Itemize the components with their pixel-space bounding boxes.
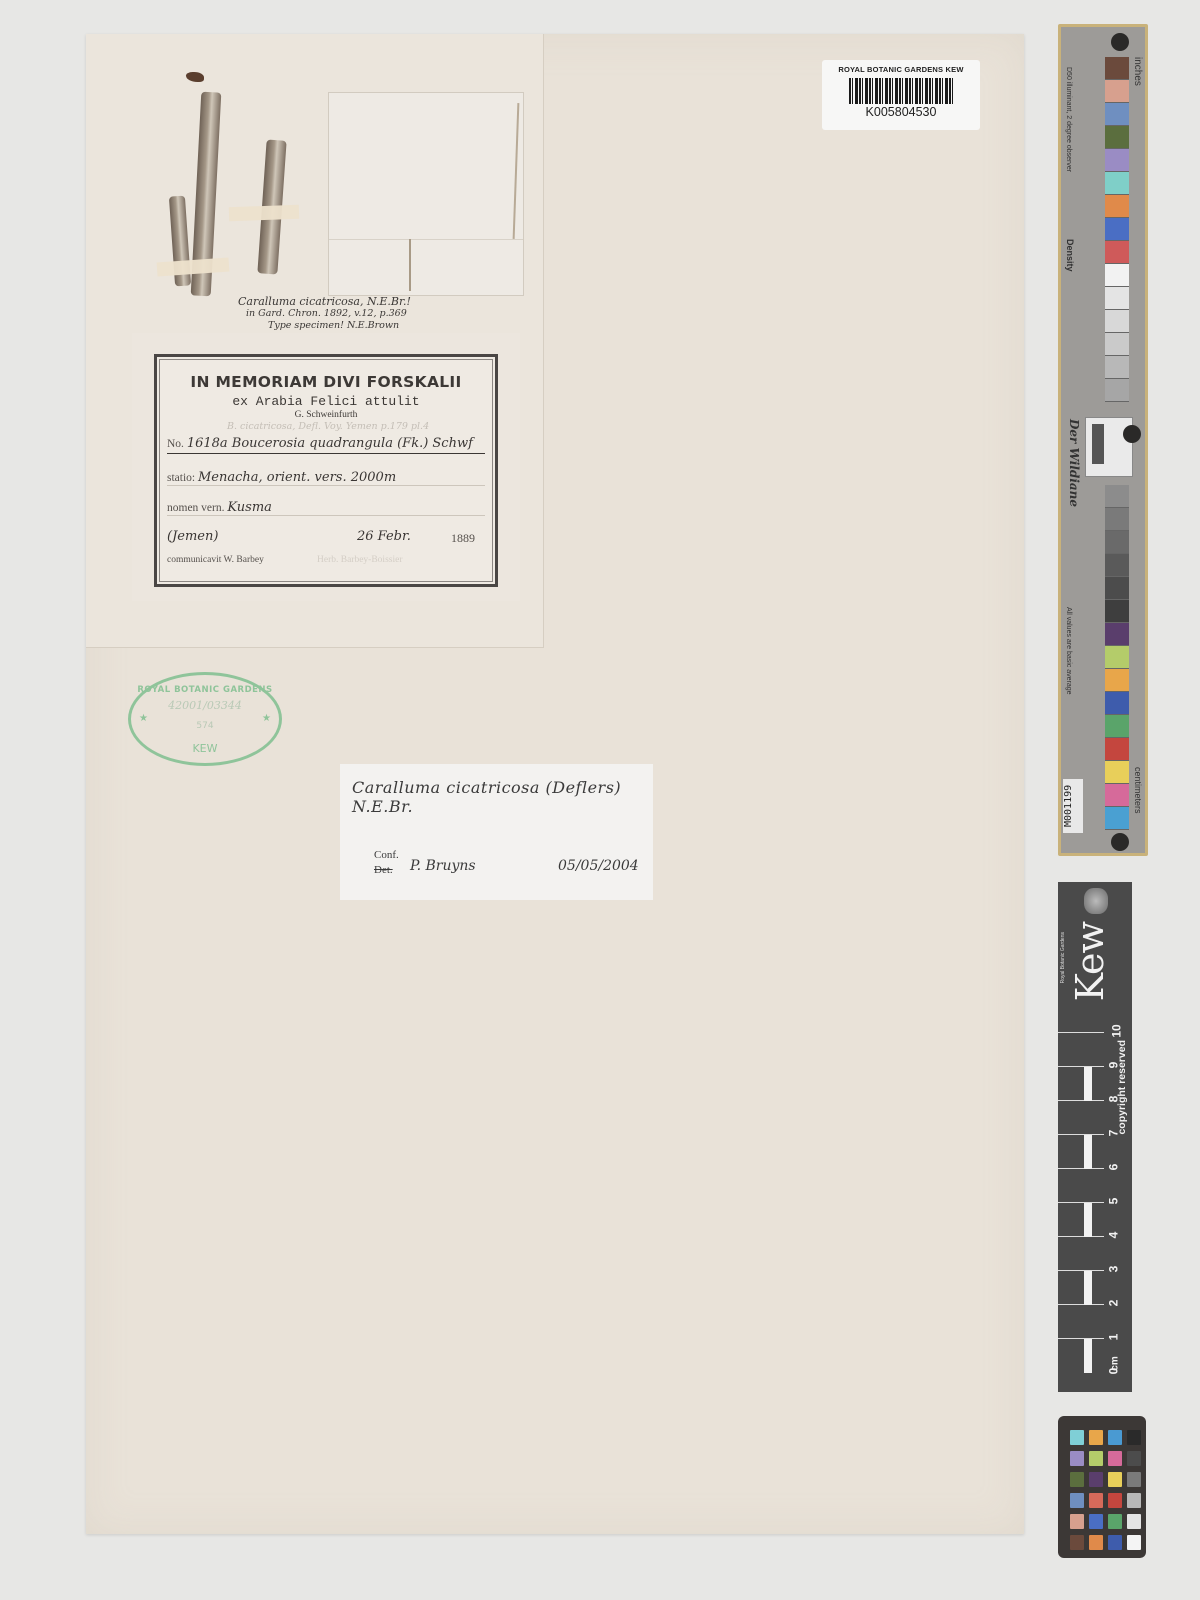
- ruler-patches-bottom: [1105, 485, 1129, 830]
- year-value: 1889: [451, 531, 475, 546]
- label-number-row: No. 1618a Boucerosia quadrangula (Fk.) S…: [167, 436, 485, 454]
- scale-number: 3: [1106, 1266, 1120, 1273]
- colour-patch: [1105, 57, 1129, 80]
- colour-cell: [1127, 1451, 1141, 1466]
- annotation-line-3: Type specimen! N.E.Brown: [238, 320, 518, 332]
- scale-segment: [1058, 1202, 1104, 1236]
- label-statio-row: statio: Menacha, orient. vers. 2000m: [167, 470, 485, 486]
- scale-unit: cm: [1110, 1356, 1121, 1370]
- colour-cell: [1127, 1514, 1141, 1529]
- colour-cell: [1127, 1472, 1141, 1487]
- scale-segment: [1058, 1032, 1104, 1066]
- colour-cell: [1089, 1493, 1103, 1508]
- scale-segments: [1058, 1032, 1104, 1372]
- mounting-tape: [229, 205, 299, 221]
- colour-patch: [1105, 646, 1129, 669]
- colour-patch: [1105, 715, 1129, 738]
- label-communicated-row: communicavit W. Barbey Herb. Barbey-Bois…: [167, 555, 485, 565]
- colour-patch: [1105, 531, 1129, 554]
- colour-cell: [1127, 1430, 1141, 1445]
- ruler-footer-note: All values are basic average: [1065, 607, 1072, 695]
- packet-edge: [513, 103, 520, 239]
- scale-segment-fill: [1084, 1271, 1092, 1305]
- label-subtitle: ex Arabia Felici attulit: [157, 394, 495, 409]
- colour-patch: [1105, 738, 1129, 761]
- barcode-institution: ROYAL BOTANIC GARDENS KEW: [822, 65, 980, 74]
- kew-scale-bar: Kew Royal Botanic Gardens 012345678910 c…: [1058, 882, 1132, 1392]
- colour-patch: [1105, 807, 1129, 830]
- determination-slip: Caralluma cicatricosa (Deflers) N.E.Br. …: [340, 764, 653, 900]
- number-field-value: 1618a Boucerosia quadrangula (Fk.) Schwf: [187, 436, 473, 451]
- ruler-density-label: Density: [1065, 239, 1075, 272]
- colour-patch: [1105, 554, 1129, 577]
- colour-patch: [1105, 310, 1129, 333]
- colour-patch: [1105, 356, 1129, 379]
- barcode-icon: [849, 78, 953, 104]
- ruler-brand: Der Wildiane: [1067, 419, 1081, 507]
- fragment-packet[interactable]: [328, 92, 524, 296]
- label-title: IN MEMORIAM DIVI FORSKALII: [157, 373, 495, 391]
- ruler-inches-label: inches: [1132, 57, 1143, 86]
- colour-cell: [1070, 1472, 1084, 1487]
- stamp-bottom-text: KEW: [131, 742, 279, 755]
- scale-segment: [1058, 1236, 1104, 1270]
- ruler-hole-icon: [1111, 833, 1129, 851]
- nomen-field-label: nomen vern.: [167, 502, 224, 514]
- scale-segment-fill: [1084, 1339, 1092, 1373]
- communicated-text: communicavit W. Barbey: [167, 555, 264, 565]
- barcode-label: ROYAL BOTANIC GARDENS KEW K005804530: [822, 60, 980, 130]
- colour-cell: [1089, 1514, 1103, 1529]
- copyright-text: copyright reserved: [1116, 1040, 1128, 1135]
- scale-segment: [1058, 1066, 1104, 1100]
- conf-det-labels: Conf. Det.: [374, 848, 399, 878]
- number-field-label: No.: [167, 438, 184, 450]
- colour-cell: [1089, 1451, 1103, 1466]
- region-value: (Jemen): [167, 529, 218, 544]
- colour-cell: [1108, 1493, 1122, 1508]
- colour-patch: [1105, 577, 1129, 600]
- annotation-line-1: Caralluma cicatricosa, N.E.Br.!: [238, 296, 518, 308]
- colour-cell: [1127, 1535, 1141, 1550]
- colour-cell: [1070, 1451, 1084, 1466]
- scale-number: 10: [1110, 1024, 1124, 1037]
- colour-patch: [1105, 126, 1129, 149]
- colour-patch: [1105, 692, 1129, 715]
- colour-patch: [1105, 623, 1129, 646]
- crest-icon: [1084, 888, 1108, 914]
- scale-segment: [1058, 1304, 1104, 1338]
- colour-patch: [1105, 264, 1129, 287]
- determination-date: 05/05/2004: [558, 858, 639, 874]
- scale-segment-fill: [1084, 1135, 1092, 1169]
- scale-segment-fill: [1084, 1067, 1092, 1101]
- stamp-sub-number: 574: [131, 721, 279, 731]
- colour-patch: [1105, 149, 1129, 172]
- label-nomen-row: nomen vern. Kusma: [167, 500, 485, 516]
- stamp-number: 42001/03344: [131, 699, 279, 712]
- kew-logo: Kew: [1068, 922, 1112, 1001]
- determination-name: Caralluma cicatricosa (Deflers) N.E.Br.: [352, 778, 653, 816]
- scale-number: 1: [1106, 1334, 1120, 1341]
- label-collector: G. Schweinfurth: [157, 410, 495, 420]
- annotation-line-2: in Gard. Chron. 1892, v.12, p.369: [238, 308, 518, 320]
- colour-patch: [1105, 669, 1129, 692]
- colour-cell: [1108, 1535, 1122, 1550]
- colour-patch: [1105, 241, 1129, 264]
- colour-patch: [1105, 784, 1129, 807]
- scale-number: 2: [1106, 1300, 1120, 1307]
- colour-cell: [1108, 1514, 1122, 1529]
- colour-patch: [1105, 508, 1129, 531]
- colour-checker-grid: [1070, 1430, 1141, 1550]
- type-annotation: Caralluma cicatricosa, N.E.Br.! in Gard.…: [238, 296, 518, 332]
- scale-number: 6: [1106, 1164, 1120, 1171]
- ruler-centimeters-label: centimeters: [1133, 767, 1143, 814]
- det-label: Det.: [374, 863, 399, 878]
- label-date-row: (Jemen) 26 Febr. 1889: [167, 529, 485, 544]
- colour-patch: [1105, 333, 1129, 356]
- scale-segment: [1058, 1134, 1104, 1168]
- ruler-hole-icon: [1111, 33, 1129, 51]
- colour-patch: [1105, 761, 1129, 784]
- packet-slit: [409, 239, 411, 291]
- colour-patch: [1105, 600, 1129, 623]
- colour-cell: [1089, 1472, 1103, 1487]
- determiner-name: P. Bruyns: [410, 858, 476, 874]
- scale-segment: [1058, 1338, 1104, 1372]
- scale-segment: [1058, 1168, 1104, 1202]
- scale-number: 5: [1106, 1198, 1120, 1205]
- statio-field-value: Menacha, orient. vers. 2000m: [198, 470, 396, 485]
- conf-label: Conf.: [374, 848, 399, 863]
- colour-cell: [1108, 1472, 1122, 1487]
- colour-patch: [1105, 80, 1129, 103]
- colour-patch: [1105, 172, 1129, 195]
- colour-cell: [1070, 1430, 1084, 1445]
- kew-stamp: ROYAL BOTANIC GARDENS 42001/03344 ★ ★ 57…: [128, 672, 282, 766]
- date-value: 26 Febr.: [357, 529, 411, 544]
- colour-patch: [1105, 103, 1129, 126]
- scale-segment: [1058, 1270, 1104, 1304]
- barcode-number: K005804530: [822, 105, 980, 119]
- scale-number: 4: [1106, 1232, 1120, 1239]
- colour-cell: [1108, 1430, 1122, 1445]
- statio-field-label: statio:: [167, 472, 195, 484]
- scale-segment-fill: [1084, 1203, 1092, 1237]
- colour-checker-card: [1058, 1416, 1146, 1558]
- packet-fold: [329, 239, 523, 240]
- colour-ruler: inches D50 illuminant, 2 degree observer…: [1058, 24, 1148, 856]
- colour-patch: [1105, 287, 1129, 310]
- colour-patch: [1105, 195, 1129, 218]
- label-faint-note: B. cicatricosa, Defl. Voy. Yemen p.179 p…: [227, 421, 429, 432]
- nomen-field-value: Kusma: [227, 500, 272, 515]
- ruler-hole-icon: [1123, 425, 1141, 443]
- kew-logo-subtitle: Royal Botanic Gardens: [1060, 932, 1066, 983]
- colour-patch: [1105, 485, 1129, 508]
- target-block: [1092, 424, 1104, 464]
- ruler-patches-top: [1105, 57, 1129, 402]
- scale-segment: [1058, 1100, 1104, 1134]
- colour-patch: [1105, 218, 1129, 241]
- colour-cell: [1108, 1451, 1122, 1466]
- colour-patch: [1105, 379, 1129, 402]
- colour-cell: [1070, 1535, 1084, 1550]
- colour-cell: [1127, 1493, 1141, 1508]
- colour-cell: [1070, 1493, 1084, 1508]
- ruler-side-note: D50 illuminant, 2 degree observer: [1065, 67, 1072, 172]
- ruler-code: M001199: [1063, 779, 1083, 833]
- stamp-top-text: ROYAL BOTANIC GARDENS: [131, 685, 279, 695]
- colour-cell: [1089, 1430, 1103, 1445]
- collection-label: IN MEMORIAM DIVI FORSKALII ex Arabia Fel…: [154, 354, 498, 587]
- colour-cell: [1070, 1514, 1084, 1529]
- colour-cell: [1089, 1535, 1103, 1550]
- ghost-stamp-text: Herb. Barbey-Boissier: [317, 555, 402, 565]
